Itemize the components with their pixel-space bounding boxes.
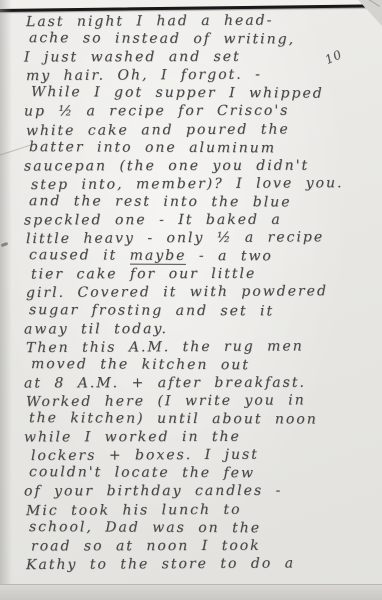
letter-line: Mic took his lunch to <box>26 499 378 519</box>
letter-line: couldn't locate the few <box>29 463 378 483</box>
line-text: caused it <box>29 247 130 264</box>
letter-line: at 8 A.M. + after breakfast. <box>24 373 378 392</box>
letter-line: up ½ a recipe for Crisco's <box>24 102 378 121</box>
letter-body: Last night I had a head- ache so instead… <box>26 12 378 573</box>
letter-line: speckled one - It baked a <box>24 211 378 230</box>
letter-line: saucepan (the one you didn't <box>24 156 378 175</box>
letter-line: Kathy to the store to do a <box>26 554 378 574</box>
letter-line: of your birthday candles - <box>24 482 378 501</box>
letter-line: Worked here (I write you in <box>26 391 378 411</box>
paper-bottom-shadow <box>0 584 382 600</box>
letter-line: batter into one aluminum <box>29 138 378 158</box>
underlined-word: maybe <box>130 248 187 265</box>
line-text: - a two <box>186 248 273 264</box>
letter-line: school, Dad was on the <box>29 518 378 538</box>
letter-line: caused it maybe - a two <box>29 246 378 266</box>
letter-line: Then this A.M. the rug men <box>26 337 378 357</box>
letter-line: tier cake for our little <box>31 265 378 284</box>
letter-line: road so at noon I took <box>31 536 378 555</box>
letter-line: sugar frosting and set it <box>29 301 378 321</box>
letter-line: white cake and poured the <box>26 119 378 139</box>
letter-line: lockers + boxes. I just <box>31 445 378 465</box>
paper-left-shadow <box>0 0 12 600</box>
letter-line: ache so instead of writing, <box>29 29 378 49</box>
letter-line: moved the kitchen out <box>31 355 378 375</box>
letter-line: I just washed and set <box>24 48 378 67</box>
letter-line: girl. Covered it with powdered <box>26 282 378 302</box>
letter-line: little heavy - only ½ a recipe <box>26 228 378 248</box>
letter-line: the kitchen) until about noon <box>29 409 378 429</box>
letter-line: While I got supper I whipped <box>31 83 378 103</box>
letter-line: away til today. <box>24 319 378 338</box>
letter-line: while I worked in the <box>24 428 378 447</box>
handwritten-letter-page: 10 Last night I had a head- ache so inst… <box>0 0 382 600</box>
letter-line: and the rest into the blue <box>29 192 378 212</box>
letter-line: Last night I had a head- <box>26 11 378 31</box>
letter-line: step into, member)? I love you. <box>31 174 378 194</box>
